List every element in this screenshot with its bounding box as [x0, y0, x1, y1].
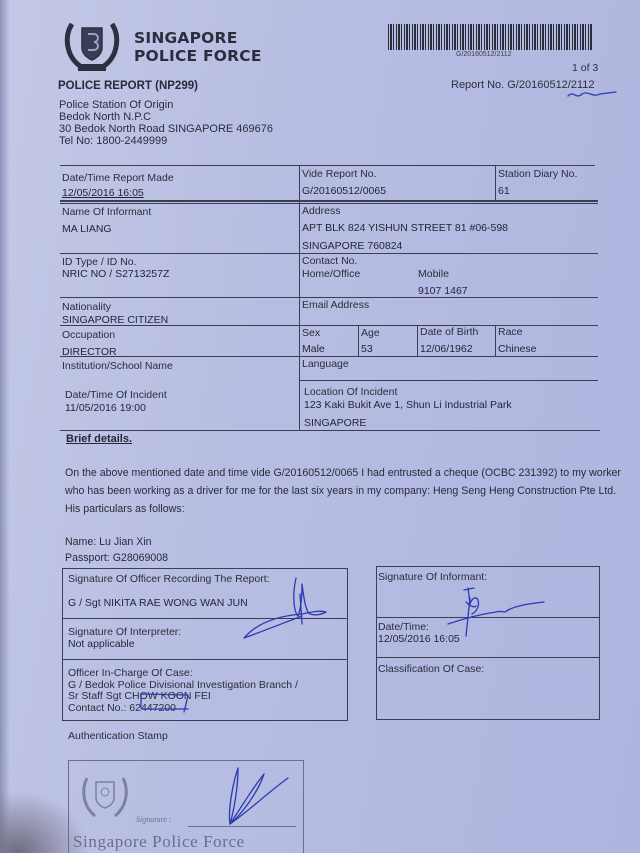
- label-institution: Institution/School Name: [62, 360, 173, 372]
- value-race: Chinese: [498, 343, 537, 355]
- police-crest-icon: [62, 14, 122, 76]
- value-incident-datetime: 11/05/2016 19:00: [65, 402, 146, 414]
- row-divider: [60, 253, 598, 254]
- org-name: SINGAPORE POLICE FORCE: [134, 29, 262, 65]
- label-mobile: Mobile: [418, 268, 449, 280]
- label-station-diary-no: Station Diary No.: [498, 168, 577, 180]
- value-dob: 12/06/1962: [420, 343, 473, 355]
- form-double-rule: [60, 200, 598, 202]
- label-classification: Classification Of Case:: [378, 663, 484, 675]
- label-incident-datetime: Date/Time Of Incident: [65, 389, 167, 401]
- value-station-diary-no: 61: [498, 185, 510, 197]
- label-officer-in-charge: Officer In-Charge Of Case:: [68, 668, 298, 680]
- value-address-line1: APT BLK 824 YISHUN STREET 81 #06-598: [302, 222, 508, 234]
- station-address: 30 Bedok North Road SINGAPORE 469676: [59, 123, 273, 135]
- value-mobile: 9107 1467: [418, 285, 468, 297]
- value-incident-location-line2: SINGAPORE: [304, 417, 366, 429]
- page-indicator: 1 of 3: [572, 62, 598, 74]
- contact-no-ink-box: [138, 692, 192, 714]
- barcode-text: G/20160512/2112: [456, 51, 512, 58]
- page-edge-shadow: [0, 0, 10, 853]
- station-label: Police Station Of Origin: [59, 99, 273, 111]
- value-interpreter: Not applicable: [68, 638, 135, 650]
- label-datetime: Date/Time:: [378, 622, 429, 633]
- row-divider: [60, 430, 600, 431]
- label-informant-signature: Signature Of Informant:: [378, 571, 487, 583]
- label-id: ID Type / ID No.: [62, 256, 137, 268]
- label-language: Language: [302, 358, 349, 370]
- value-id: NRIC NO / S2713257Z: [62, 268, 169, 280]
- column-divider: [495, 166, 496, 202]
- report-title: POLICE REPORT (NP299): [58, 80, 198, 92]
- value-date-time-report: 12/05/2016 16:05: [62, 187, 144, 199]
- org-name-line2: POLICE FORCE: [134, 47, 262, 65]
- value-nationality: SINGAPORE CITIZEN: [62, 314, 168, 326]
- station-tel: Tel No: 1800-2449999: [59, 135, 273, 147]
- value-name-of-informant: MA LIANG: [62, 223, 112, 235]
- row-divider: [62, 659, 348, 660]
- stamp-org-name: Singapore Police Force: [73, 832, 245, 852]
- label-address: Address: [302, 205, 341, 217]
- column-divider: [495, 326, 496, 356]
- label-dob: Date of Birth: [420, 326, 478, 338]
- stamp-signature-label: Signature :: [136, 815, 171, 824]
- handwritten-underline: [566, 88, 618, 100]
- value-vide-report-no: G/20160512/0065: [302, 185, 386, 197]
- label-date-time-report: Date/Time Report Made: [62, 172, 174, 184]
- value-sex: Male: [302, 343, 325, 355]
- brief-details-paragraph: On the above mentioned date and time vid…: [65, 464, 625, 518]
- column-divider: [299, 166, 300, 430]
- value-address-line2: SINGAPORE 760824: [302, 240, 402, 252]
- value-incident-location-line1: 123 Kaki Bukit Ave 1, Shun Li Industrial…: [304, 399, 512, 411]
- label-vide-report-no: Vide Report No.: [302, 168, 377, 180]
- brief-details-heading: Brief details.: [66, 433, 132, 445]
- form-top-border: [60, 165, 595, 166]
- value-age: 53: [361, 343, 373, 355]
- label-sex: Sex: [302, 327, 320, 339]
- finger-shadow: [0, 790, 90, 853]
- label-age: Age: [361, 327, 380, 339]
- column-divider: [417, 326, 418, 356]
- label-home-office: Home/Office: [302, 268, 360, 280]
- label-authentication-stamp: Authentication Stamp: [68, 730, 168, 742]
- label-interpreter-signature: Signature Of Interpreter:: [68, 626, 181, 638]
- station-of-origin: Police Station Of Origin Bedok North N.P…: [59, 99, 273, 147]
- subject-name: Name: Lu Jian Xin: [65, 536, 152, 548]
- form-double-rule-2: [60, 203, 598, 204]
- informant-signature: [446, 584, 546, 638]
- subject-passport: Passport: G28069008: [65, 552, 168, 564]
- row-divider: [60, 356, 598, 357]
- label-incident-location: Location Of Incident: [304, 386, 397, 398]
- barcode: [388, 24, 593, 50]
- label-nationality: Nationality: [62, 301, 111, 313]
- row-divider: [300, 380, 598, 381]
- label-race: Race: [498, 326, 523, 338]
- label-name-of-informant: Name Of Informant: [62, 206, 151, 218]
- station-name: Bedok North N.P.C: [59, 111, 273, 123]
- org-name-line1: SINGAPORE: [134, 29, 262, 47]
- row-divider: [60, 297, 598, 298]
- label-contact-no: Contact No.: [302, 255, 357, 267]
- row-divider: [376, 657, 600, 658]
- label-occupation: Occupation: [62, 329, 115, 341]
- officer-signature: [236, 576, 328, 642]
- column-divider: [358, 326, 359, 356]
- value-occupation: DIRECTOR: [62, 346, 117, 358]
- label-email: Email Address: [302, 299, 369, 311]
- stamp-signature: [222, 762, 292, 832]
- value-officer-name: G / Sgt NIKITA RAE WONG WAN JUN: [68, 597, 248, 609]
